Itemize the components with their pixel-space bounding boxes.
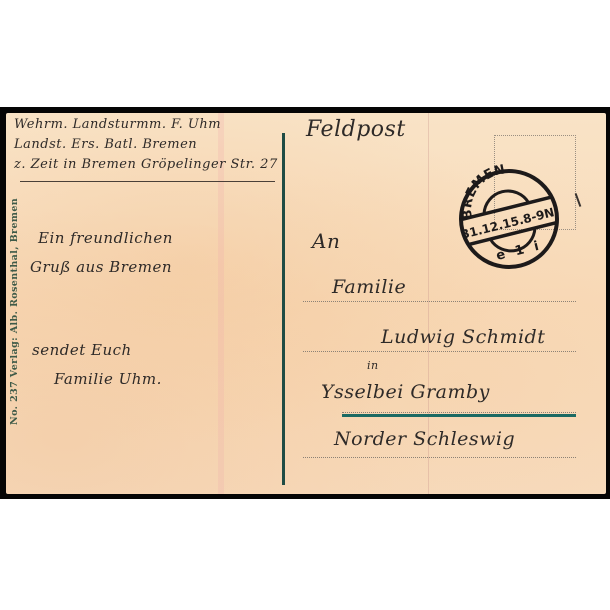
address-dotted-line-1	[303, 301, 576, 302]
message-line-2: Gruß aus Bremen	[30, 258, 172, 276]
postmark-icon: BREMEN 31.12.15.8-9N. e 1 i	[454, 164, 564, 274]
address-connector: in	[367, 359, 379, 372]
message-line-1: Ein freundlichen	[38, 229, 173, 247]
sender-line-1: Wehrm. Landsturmm. F. Uhm	[14, 117, 221, 132]
sender-line-3: z. Zeit in Bremen Gröpelinger Str. 27	[14, 157, 278, 172]
address-dotted-line-2	[303, 351, 576, 352]
message-line-3: sendet Euch	[32, 341, 132, 359]
message-line-4: Familie Uhm.	[54, 370, 162, 388]
address-line-4: Norder Schleswig	[334, 428, 515, 450]
center-divider	[282, 133, 285, 485]
address-dotted-line-4	[303, 457, 576, 458]
address-line-2: Ludwig Schmidt	[381, 326, 545, 348]
address-line-1: Familie	[332, 276, 406, 298]
destination-underline	[342, 414, 576, 417]
publisher-imprint: No. 237 Verlag: Alb. Rosenthal, Bremen	[9, 195, 23, 425]
address-dotted-line-3	[342, 412, 576, 413]
address-salutation: An	[312, 229, 340, 253]
sender-underline	[20, 181, 275, 182]
sender-line-2: Landst. Ers. Batl. Bremen	[14, 137, 197, 152]
postcard: No. 237 Verlag: Alb. Rosenthal, Bremen W…	[6, 113, 606, 494]
address-line-3: Ysselbei Gramby	[321, 381, 490, 403]
feldpost-header: Feldpost	[306, 117, 406, 142]
